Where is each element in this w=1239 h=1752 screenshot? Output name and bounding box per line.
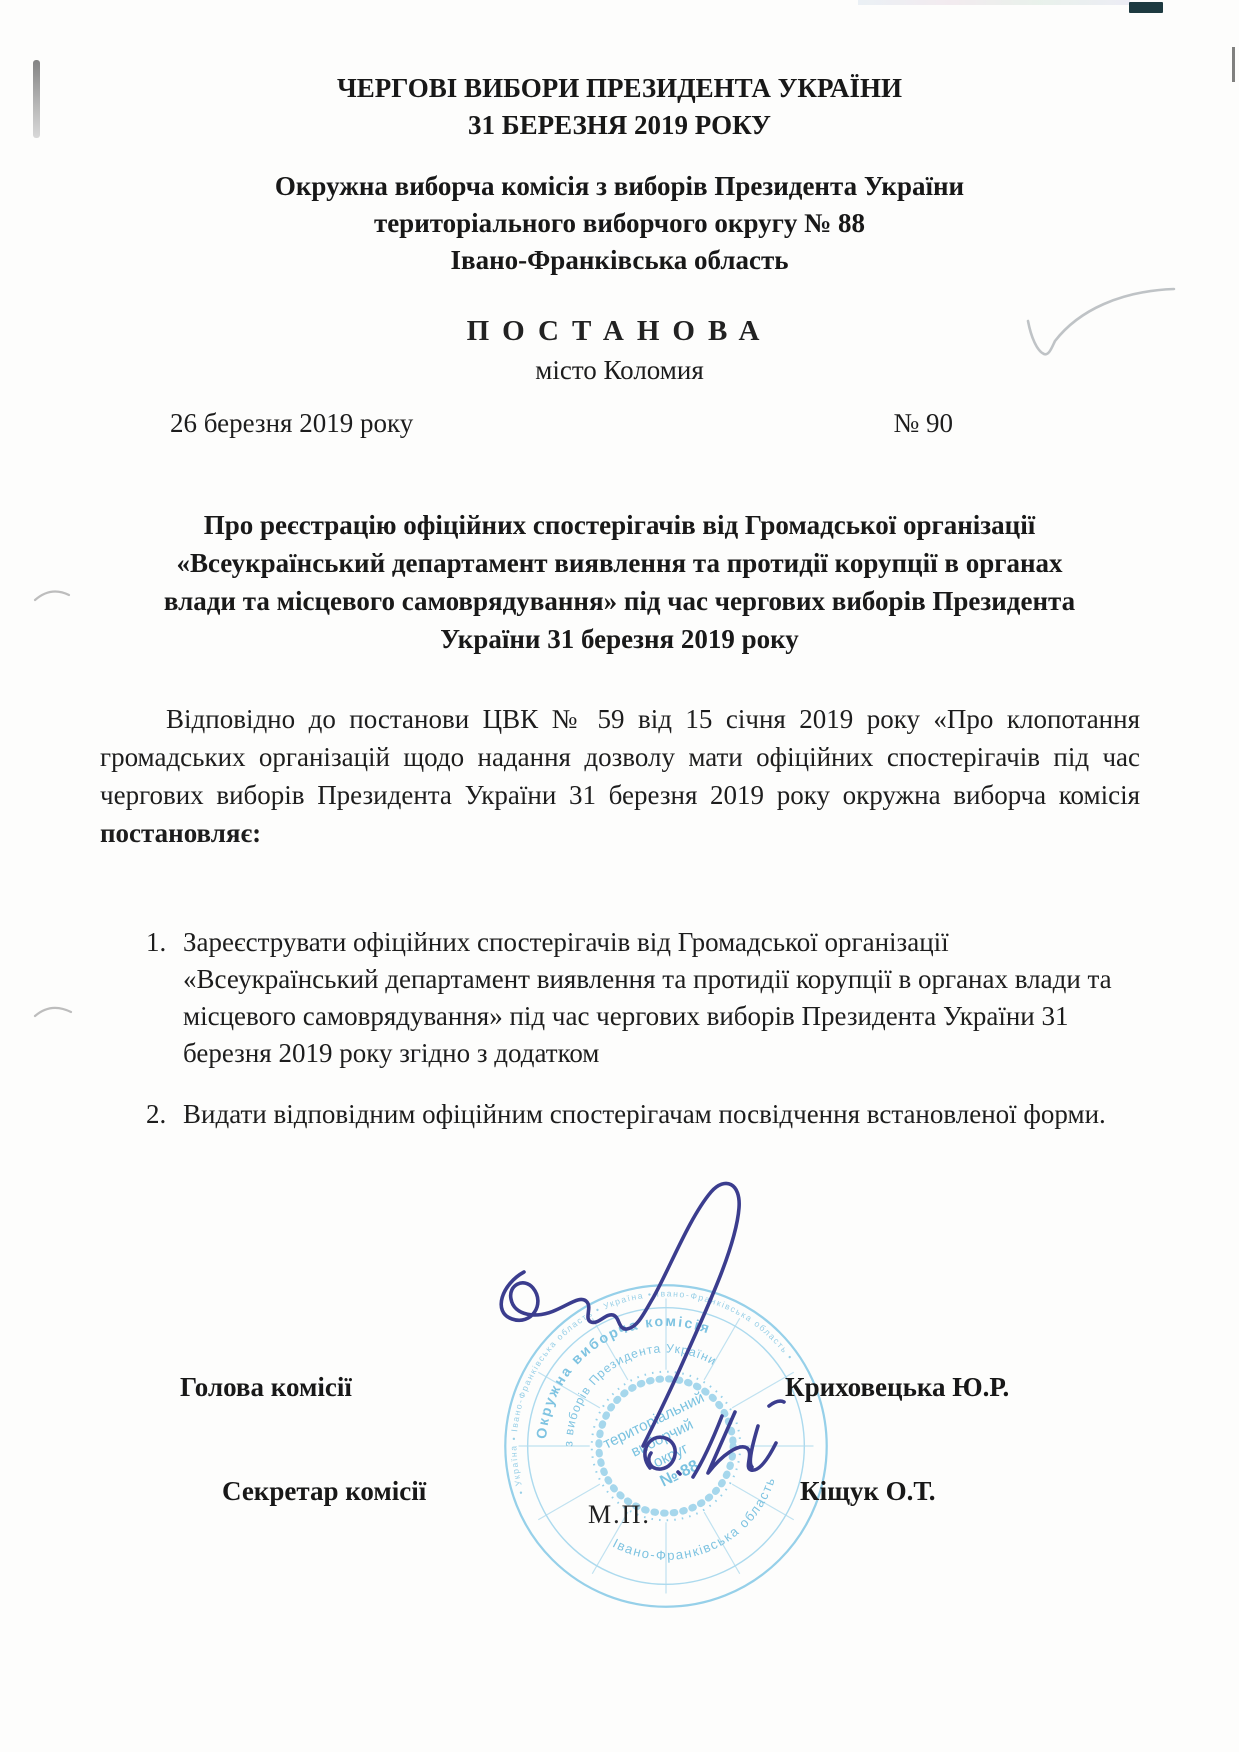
- svg-text:• Україна • Івано-Франківська: • Україна • Івано-Франківська область • …: [488, 1268, 805, 1496]
- document-type-title: ПОСТАНОВА: [0, 315, 1239, 348]
- list-item-text: Видати відповідним офіційним спостерігач…: [183, 1096, 1144, 1133]
- list-item-number: 2.: [146, 1096, 183, 1133]
- list-item: 1. Зареєструвати офіційних спостерігачів…: [146, 924, 1144, 1072]
- signature-name-secretary: Кіщук О.Т.: [800, 1476, 936, 1507]
- document-subject-title: Про реєстрацію офіційних спостерігачів в…: [97, 506, 1142, 658]
- resolution-list: 1. Зареєструвати офіційних спостерігачів…: [146, 924, 1144, 1133]
- city-line: місто Коломия: [0, 352, 1239, 389]
- commission-line-3: Івано-Франківська область: [0, 242, 1239, 279]
- margin-marks: [35, 591, 71, 1016]
- scanned-document-page: ЧЕРГОВІ ВИБОРИ ПРЕЗИДЕНТА УКРАЇНИ 31 БЕР…: [0, 0, 1239, 1752]
- subject-line-3: влади та місцевого самоврядування» під ч…: [97, 582, 1142, 620]
- signature-role-secretary: Секретар комісії: [222, 1476, 426, 1507]
- stamp-center-text: територіальний виборчий округ № 88: [600, 1389, 732, 1506]
- margin-mark-lower: [35, 1008, 71, 1016]
- scan-artifact-top-line: [858, 0, 1130, 5]
- subject-line-2: «Всеукраїнський департамент виявлення та…: [97, 544, 1142, 582]
- seal-place-label: М.П.: [588, 1500, 651, 1530]
- scan-artifact-bar: [33, 60, 40, 138]
- commission-line-2: територіального виборчого округу № 88: [0, 205, 1239, 242]
- document-header: ЧЕРГОВІ ВИБОРИ ПРЕЗИДЕНТА УКРАЇНИ 31 БЕР…: [0, 70, 1239, 144]
- margin-mark-upper: [35, 591, 69, 600]
- list-item: 2. Видати відповідним офіційним спостері…: [146, 1096, 1144, 1133]
- document-number: № 90: [893, 405, 953, 442]
- signature-role-head: Голова комісії: [180, 1372, 352, 1403]
- commission-line-1: Окружна виборча комісія з виборів Презид…: [0, 168, 1239, 205]
- body-paragraph: Відповідно до постанови ЦВК № 59 від 15 …: [100, 700, 1140, 852]
- header-line-1: ЧЕРГОВІ ВИБОРИ ПРЕЗИДЕНТА УКРАЇНИ: [0, 70, 1239, 107]
- signature-name-head: Криховецька Ю.Р.: [785, 1372, 1009, 1403]
- scan-artifact-edge-line: [1232, 47, 1235, 82]
- document-date: 26 березня 2019 року: [170, 405, 413, 442]
- scan-artifact-top-mark: [1129, 2, 1163, 13]
- list-item-number: 1.: [146, 924, 183, 1072]
- stamp-micro-text: • Україна • Івано-Франківська область • …: [488, 1268, 805, 1496]
- official-round-stamp: • Україна • Івано-Франківська область • …: [488, 1268, 844, 1624]
- list-item-text: Зареєструвати офіційних спостерігачів ві…: [183, 924, 1144, 1072]
- date-number-row: 26 березня 2019 року № 90: [0, 405, 1239, 442]
- subject-line-1: Про реєстрацію офіційних спостерігачів в…: [97, 506, 1142, 544]
- body-lead-text: Відповідно до постанови ЦВК № 59 від 15 …: [100, 704, 1140, 810]
- commission-block: Окружна виборча комісія з виборів Презид…: [0, 168, 1239, 279]
- header-line-2: 31 БЕРЕЗНЯ 2019 РОКУ: [0, 107, 1239, 144]
- body-bold-text: постановляє:: [100, 818, 261, 848]
- subject-line-4: України 31 березня 2019 року: [97, 620, 1142, 658]
